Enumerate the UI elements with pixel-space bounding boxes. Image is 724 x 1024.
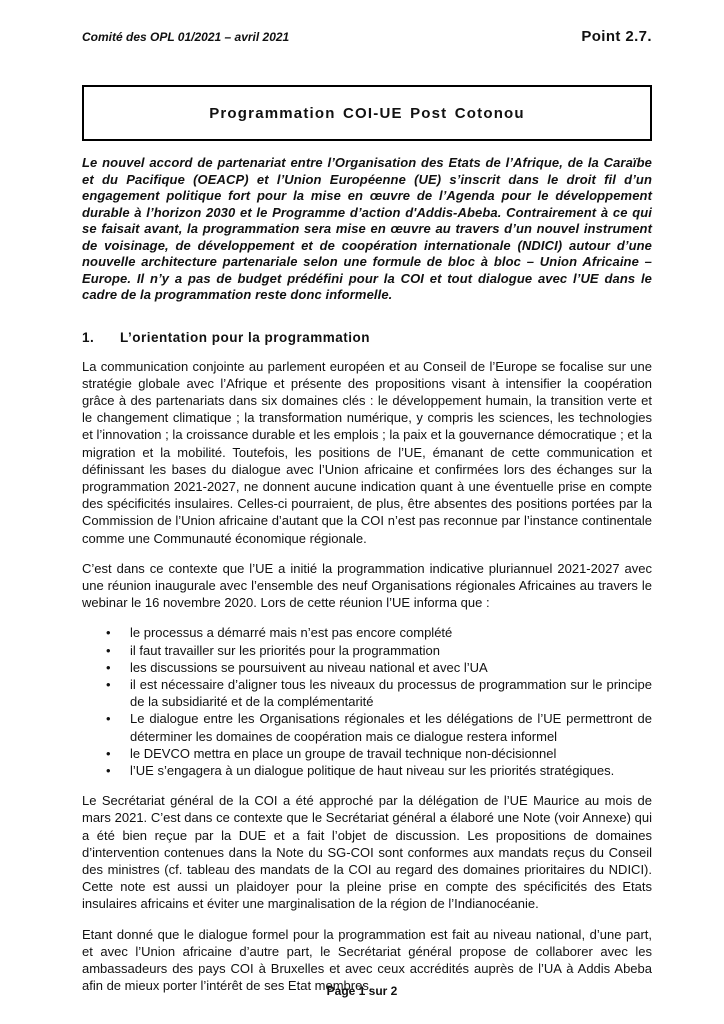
paragraph-3: Le Secrétariat général de la COI a été a…: [82, 792, 652, 912]
bullet-list: le processus a démarré mais n’est pas en…: [82, 624, 652, 779]
paragraph-2-lead: C’est dans ce contexte que l’UE a initié…: [82, 560, 652, 612]
document-title-box: Programmation COI-UE Post Cotonou: [82, 85, 652, 141]
bullet-item: le processus a démarré mais n’est pas en…: [82, 624, 652, 641]
section-heading: 1. L’orientation pour la programmation: [82, 330, 652, 345]
bullet-item: les discussions se poursuivent au niveau…: [82, 659, 652, 676]
committee-reference: Comité des OPL 01/2021 – avril 2021: [82, 30, 289, 44]
summary-paragraph: Le nouvel accord de partenariat entre l’…: [82, 155, 652, 304]
document-header: Comité des OPL 01/2021 – avril 2021 Poin…: [82, 28, 652, 45]
paragraph-1: La communication conjointe au parlement …: [82, 358, 652, 547]
page-number: Page 1 sur 2: [0, 984, 724, 998]
bullet-item: il faut travailler sur les priorités pou…: [82, 642, 652, 659]
section-number: 1.: [82, 330, 120, 345]
agenda-point: Point 2.7.: [581, 28, 652, 45]
document-page: Comité des OPL 01/2021 – avril 2021 Poin…: [0, 0, 724, 1024]
document-title: Programmation COI-UE Post Cotonou: [209, 105, 525, 122]
section-title: L’orientation pour la programmation: [120, 330, 370, 345]
bullet-item: l’UE s’engagera à un dialogue politique …: [82, 762, 652, 779]
bullet-item: Le dialogue entre les Organisations régi…: [82, 710, 652, 744]
bullet-item: le DEVCO mettra en place un groupe de tr…: [82, 745, 652, 762]
bullet-item: il est nécessaire d’aligner tous les niv…: [82, 676, 652, 710]
